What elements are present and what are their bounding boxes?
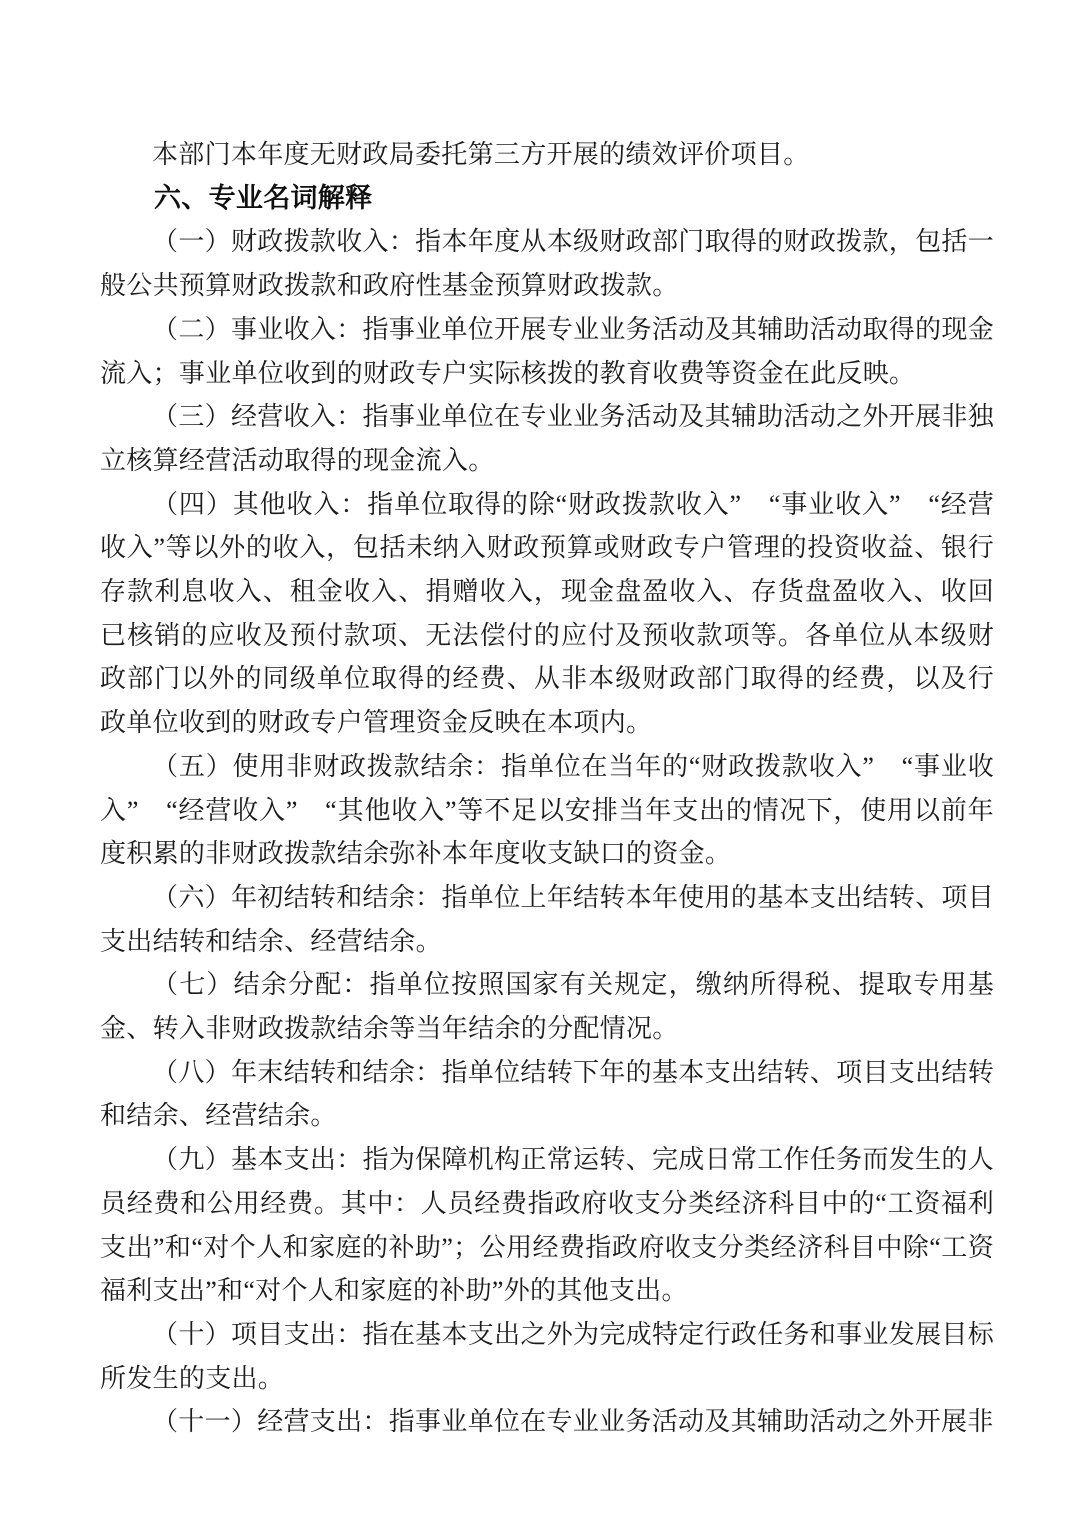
term-paragraph-1-fiscal-appropriation-income: （一）财政拨款收入：指本年度从本级财政部门取得的财政拨款，包括一般公共预算财政拨…: [100, 220, 994, 307]
term-paragraph-10-project-expenditure: （十）项目支出：指在基本支出之外为完成特定行政任务和事业发展目标所发生的支出。: [100, 1313, 994, 1400]
term-paragraph-2-institution-income: （二）事业收入：指事业单位开展专业业务活动及其辅助活动取得的现金流入；事业单位收…: [100, 308, 994, 395]
term-paragraph-6-beginning-year-carryover: （六）年初结转和结余：指单位上年结转本年使用的基本支出结转、项目支出结转和结余、…: [100, 876, 994, 963]
term-paragraph-9-basic-expenditure: （九）基本支出：指为保障机构正常运转、完成日常工作任务而发生的人员经费和公用经费…: [100, 1138, 994, 1313]
term-paragraph-7-surplus-distribution: （七）结余分配：指单位按照国家有关规定，缴纳所得税、提取专用基金、转入非财政拨款…: [100, 963, 994, 1050]
term-paragraph-5-use-of-non-fiscal-surplus: （五）使用非财政拨款结余：指单位在当年的“财政拨款收入” “事业收入” “经营收…: [100, 745, 994, 876]
document-page: 本部门本年度无财政局委托第三方开展的绩效评价项目。 六、专业名词解释 （一）财政…: [0, 0, 1074, 1520]
document-body: 本部门本年度无财政局委托第三方开展的绩效评价项目。 六、专业名词解释 （一）财政…: [100, 133, 994, 1444]
term-paragraph-11-operating-expenditure: （十一）经营支出：指事业单位在专业业务活动及其辅助活动之外开展非: [100, 1400, 994, 1444]
term-paragraph-4-other-income: （四）其他收入：指单位取得的除“财政拨款收入” “事业收入” “经营收入”等以外…: [100, 483, 994, 745]
section-heading: 六、专业名词解释: [100, 177, 994, 221]
term-paragraph-3-operating-income: （三）经营收入：指事业单位在专业业务活动及其辅助活动之外开展非独立核算经营活动取…: [100, 395, 994, 482]
term-paragraph-8-year-end-carryover: （八）年末结转和结余：指单位结转下年的基本支出结转、项目支出结转和结余、经营结余…: [100, 1051, 994, 1138]
intro-paragraph: 本部门本年度无财政局委托第三方开展的绩效评价项目。: [100, 133, 994, 177]
